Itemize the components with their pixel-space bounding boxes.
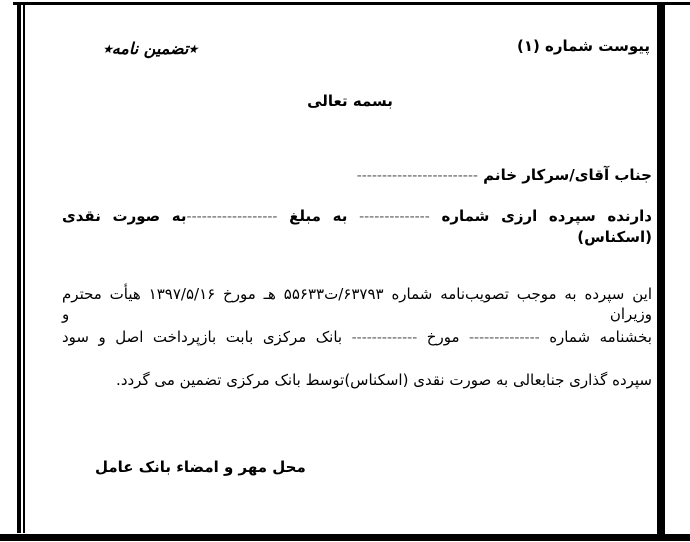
circular-number-blank-field: -------------- [469, 330, 540, 346]
body-paragraph-line-3: سپرده گذاری جنابعالی به صورت نقدی (اسکنا… [62, 370, 652, 390]
addressee-blank-field: ------------------------ [357, 168, 478, 184]
page-border-right [657, 2, 665, 536]
besmellah-heading: بسمه تعالی [250, 91, 450, 111]
page-border-left-inner [23, 2, 25, 533]
stamp-signature-label: محل مهر و امضاء بانک عامل [95, 457, 306, 477]
depositor-line: دارنده سپرده ارزی شماره -------------- ب… [62, 206, 652, 247]
page-border-bottom [0, 534, 690, 541]
attachment-number-heading: پیوست شماره (۱) [517, 36, 650, 56]
circular-number-label: بخشنامه شماره [549, 328, 652, 346]
central-bank-clause: بانک مرکزی بابت بازپرداخت اصل و سود [62, 328, 342, 346]
amount-label: به مبلغ [289, 207, 347, 225]
body-paragraph-line-1: این سپرده به موجب تصویب‌نامه شماره ۶۳۷۹۳… [62, 284, 652, 325]
addressee-line: جناب آقای/سرکار خانم -------------------… [357, 165, 652, 186]
circular-date-blank-field: ------------- [352, 330, 418, 346]
page-border-left-outer [17, 2, 21, 533]
body-paragraph-line-2: بخشنامه شماره -------------- مورخ ------… [62, 327, 652, 348]
addressee-label: جناب آقای/سرکار خانم [483, 166, 652, 184]
circular-date-label: مورخ [427, 328, 460, 346]
amount-blank-field: ------------------ [187, 209, 278, 225]
document-type-title: ٭تضمین نامه٭ [103, 38, 197, 60]
document-page: پیوست شماره (۱) ٭تضمین نامه٭ بسمه تعالی … [0, 0, 690, 542]
page-border-top [13, 2, 690, 5]
depositor-label: دارنده سپرده ارزی شماره [441, 207, 652, 225]
deposit-number-blank-field: -------------- [359, 209, 430, 225]
